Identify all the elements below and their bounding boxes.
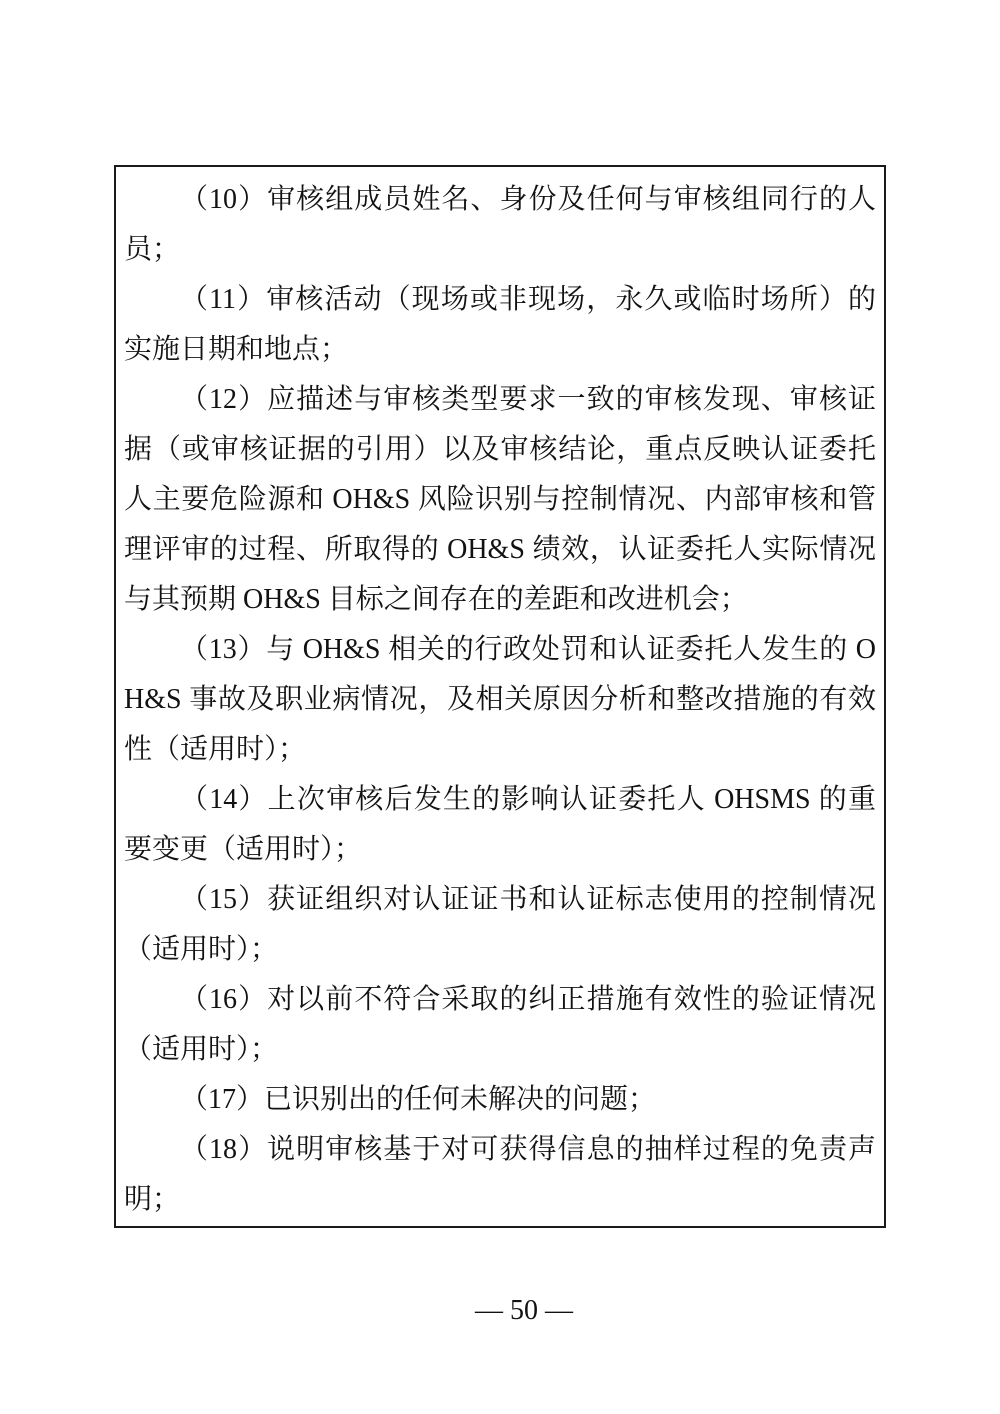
list-item-10: （10）审核组成员姓名、身份及任何与审核组同行的人员； xyxy=(124,175,876,275)
list-item-15: （15）获证组织对认证证书和认证标志使用的控制情况（适用时）； xyxy=(124,875,876,975)
list-item-16: （16）对以前不符合采取的纠正措施有效性的验证情况（适用时）； xyxy=(124,975,876,1075)
list-item-12: （12）应描述与审核类型要求一致的审核发现、审核证据（或审核证据的引用）以及审核… xyxy=(124,375,876,625)
content-border-box: （10）审核组成员姓名、身份及任何与审核组同行的人员； （11）审核活动（现场或… xyxy=(114,165,886,1228)
list-item-18: （18）说明审核基于对可获得信息的抽样过程的免责声明； xyxy=(124,1125,876,1225)
list-item-13: （13）与 OH&S 相关的行政处罚和认证委托人发生的 OH&S 事故及职业病情… xyxy=(124,625,876,775)
list-item-14: （14）上次审核后发生的影响认证委托人 OHSMS 的重要变更（适用时）； xyxy=(124,775,876,875)
list-item-11: （11）审核活动（现场或非现场，永久或临时场所）的实施日期和地点； xyxy=(124,275,876,375)
list-item-19: （19）审核组的推荐意见以及对申请的认证范围适宜性的结论。 xyxy=(124,1225,876,1228)
document-page: （10）审核组成员姓名、身份及任何与审核组同行的人员； （11）审核活动（现场或… xyxy=(0,0,1000,1414)
page-number: — 50 — xyxy=(475,1295,573,1327)
list-item-17: （17）已识别出的任何未解决的问题； xyxy=(124,1075,876,1125)
